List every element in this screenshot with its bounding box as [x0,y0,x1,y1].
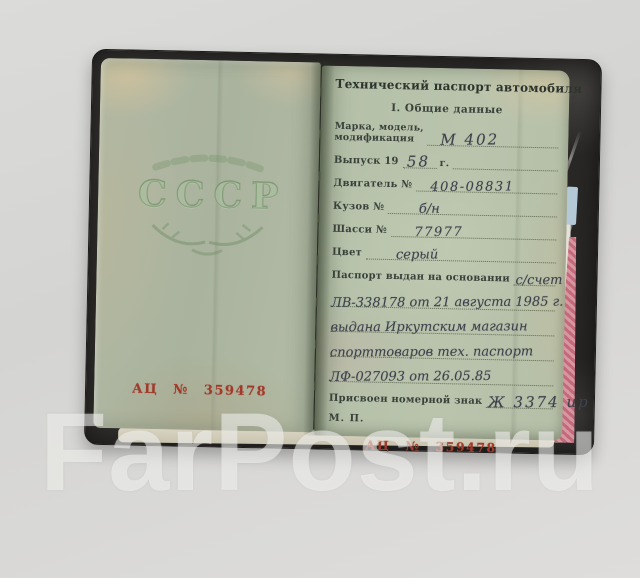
handwritten-value: спорттоваров тех. паспорт [330,344,533,360]
dotted-line: 408-08831 [416,177,557,194]
section-heading: I. Общие данные [335,101,559,118]
field-body: Кузов № б/н [333,199,557,218]
handwritten-value: 77977 [414,225,463,240]
field-label: Марка, модель, модификация [334,122,424,146]
handwritten-line: ЛВ-338178 от 21 августа 1985 г. [331,288,555,312]
serial-digits: 359478 [435,439,496,455]
wreath-icon [132,215,283,264]
handwritten-value: ЛФ-027093 от 26.05.85 [329,369,491,385]
label-line: модификация [334,133,423,146]
field-label: Шасси № [332,224,387,237]
handwritten-line: ЛФ-027093 от 26.05.85 [329,363,553,387]
handwritten-value: М 402 [441,130,500,148]
field-label: Выпуск 19 [334,155,399,168]
handwritten-value: б/н [419,202,440,217]
handwritten-value: Ж 3374 ир [488,393,590,412]
handwritten-value: с/счет [516,273,563,288]
field-plate: Присвоен номерной знак Ж 3374 ир [329,391,553,410]
handwritten-value: 408-08831 [430,179,514,194]
serial-prefix: АЦ [365,437,391,453]
field-suffix: г. [439,158,449,169]
dotted-line: М 402 [427,132,558,149]
field-year: Выпуск 19 58 г. [334,153,558,172]
dotted-line: с/счет [514,271,556,286]
numero-sign: № [405,438,420,453]
dotted-line: 77977 [391,223,557,240]
handwritten-line: спорттоваров тех. паспорт [330,338,554,362]
field-label: Присвоен номерной знак [329,393,483,408]
field-engine: Двигатель № 408-08831 [333,176,557,195]
form: Технический паспорт автомобиля I. Общие … [328,77,559,441]
handwritten-line: выдана Иркутским магазин [330,313,554,337]
handwritten-value: ЛВ-338178 от 21 августа 1985 г. [331,294,563,310]
serial-number-left: АЦ№359478 [132,382,267,400]
field-make-model: Марка, модель, модификация М 402 [334,122,558,149]
scanned-photo: СССР АЦ№359478 Технический паспорт автом… [0,0,640,578]
dotted-line [453,155,558,171]
handwritten-value: выдана Иркутским магазин [330,319,527,335]
serial-prefix: АЦ [132,382,158,398]
handwritten-value: 58 [407,152,430,170]
passport-booklet: СССР АЦ№359478 Технический паспорт автом… [84,49,602,456]
serial-number-right: АЦ№359478 [328,437,552,457]
field-chassis: Шасси № 77977 [332,222,556,241]
soviet-emblem-watermark: СССР [111,140,305,264]
numero-sign: № [173,382,189,397]
field-label: Кузов № [333,201,384,214]
dotted-line: б/н [388,200,557,218]
right-page: Технический паспорт автомобиля I. Общие … [314,66,570,441]
field-label: Цвет [332,247,362,259]
dotted-line: 58 [402,154,436,169]
field-basis: Паспорт выдан на основании с/счет [331,268,555,287]
field-color: Цвет серый [332,245,556,264]
field-label: Паспорт выдан на основании [331,270,510,285]
field-label: Двигатель № [333,178,412,191]
emblem-cccp-text: СССР [121,172,305,218]
serial-digits: 359478 [204,383,268,399]
dotted-line: серый [366,245,556,263]
handwritten-value: серый [396,247,438,262]
stamp-place-label: М. П. [328,413,552,429]
dotted-line: Ж 3374 ир [486,394,553,409]
emblem-arc-icon [134,141,285,174]
document-title: Технический паспорт автомобиля [335,77,559,96]
left-page: СССР АЦ№359478 [93,58,321,433]
